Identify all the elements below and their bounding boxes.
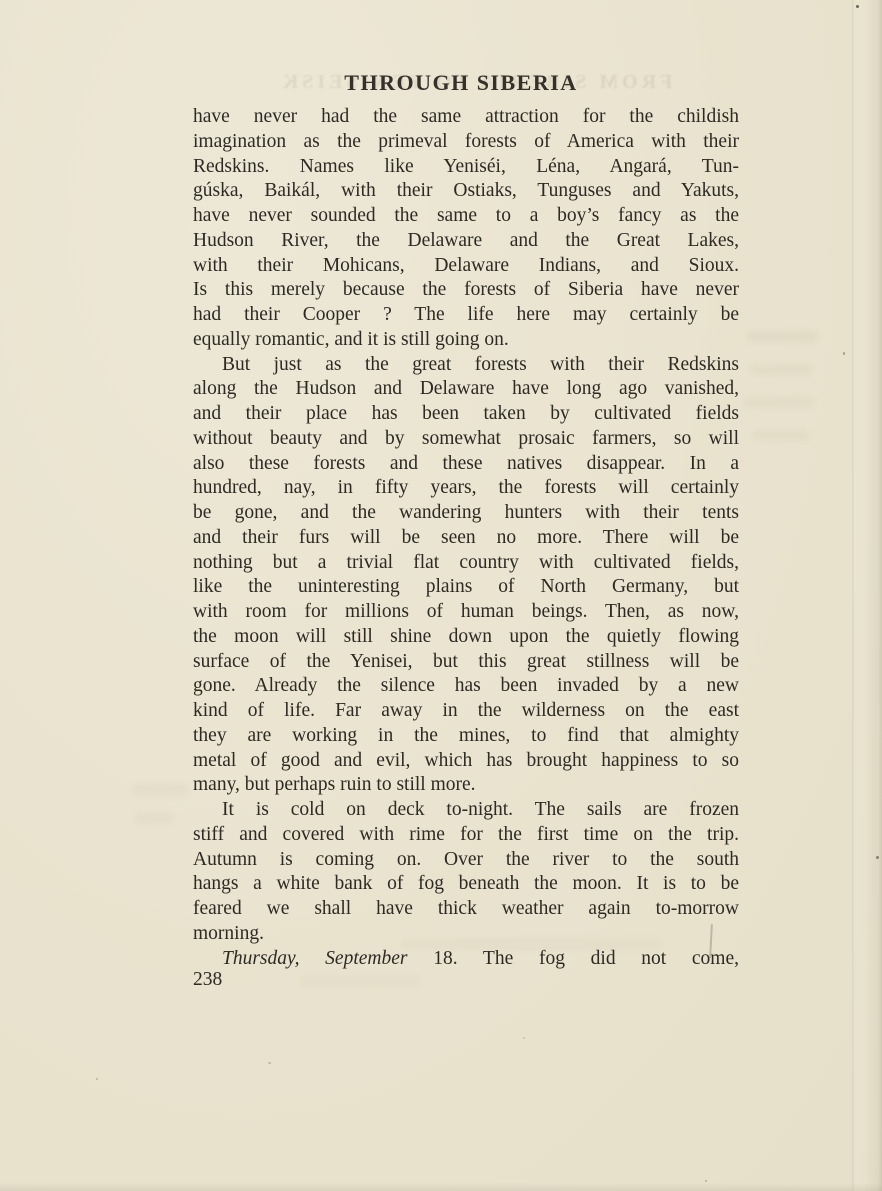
show-through-smudge xyxy=(134,812,174,824)
page-edge-shading xyxy=(852,0,882,1191)
text-line: have never had the same attraction for t… xyxy=(193,105,739,130)
roman-text: 18. The fog did not come, xyxy=(433,948,739,969)
text-line: gúska, Baikál, with their Ostiaks, Tungu… xyxy=(193,179,739,204)
text-line: and their place has been taken by cultiv… xyxy=(193,402,739,427)
text-line: and their furs will be seen no more. The… xyxy=(193,526,739,551)
text-line: the moon will still shine down upon the … xyxy=(193,625,739,650)
text-line: metal of good and evil, which has brough… xyxy=(193,749,739,774)
text-line: nothing but a trivial flat country with … xyxy=(193,551,739,576)
speck xyxy=(856,5,859,8)
text-line: be gone, and the wandering hunters with … xyxy=(193,501,739,526)
show-through-smudge xyxy=(744,397,814,408)
text-line: with room for millions of human beings. … xyxy=(193,600,739,625)
text-line: Hudson River, the Delaware and the Great… xyxy=(193,229,739,254)
speck xyxy=(843,352,845,355)
text-line: imagination as the primeval forests of A… xyxy=(193,130,739,155)
speck xyxy=(705,1180,707,1182)
text-line: It is cold on deck to-night. The sails a… xyxy=(193,798,739,823)
text-line: kind of life. Far away in the wilderness… xyxy=(193,699,739,724)
speck xyxy=(523,1037,525,1039)
page-bottom-shadow xyxy=(0,1183,882,1191)
text-line: Is this merely because the forests of Si… xyxy=(193,278,739,303)
speck xyxy=(96,1078,98,1080)
text-line: had their Cooper ? The life here may cer… xyxy=(193,303,739,328)
text-line: many, but perhaps ruin to still more. xyxy=(193,773,739,798)
body-lines: have never had the same attraction for t… xyxy=(193,105,739,971)
text-line: feared we shall have thick weather again… xyxy=(193,897,739,922)
text-line: without beauty and by somewhat prosaic f… xyxy=(193,427,739,452)
show-through-smudge xyxy=(132,784,188,796)
italic-text: Thursday, September xyxy=(222,948,433,969)
text-line: hangs a white bank of fog beneath the mo… xyxy=(193,872,739,897)
text-line: gone. Already the silence has been invad… xyxy=(193,674,739,699)
text-line: morning. xyxy=(193,922,739,947)
text-line: also these forests and these natives dis… xyxy=(193,452,739,477)
page-number: 238 xyxy=(193,968,222,993)
speck xyxy=(876,856,879,859)
text-line: Autumn is coming on. Over the river to t… xyxy=(193,848,739,873)
text-line: surface of the Yenisei, but this great s… xyxy=(193,650,739,675)
show-through-smudge xyxy=(746,331,818,342)
text-line: Thursday, September 18. The fog did not … xyxy=(193,947,739,972)
text-line: equally romantic, and it is still going … xyxy=(193,328,739,353)
show-through-smudge xyxy=(300,975,420,987)
book-page: FROM SIBERIA TO YENISEISK THROUGH SIBERI… xyxy=(0,0,882,1191)
text-line: have never sounded the same to a boy’s f… xyxy=(193,204,739,229)
show-through-smudge xyxy=(750,364,812,375)
text-line: along the Hudson and Delaware have long … xyxy=(193,377,739,402)
text-line: they are working in the mines, to find t… xyxy=(193,724,739,749)
text-line: But just as the great forests with their… xyxy=(193,353,739,378)
running-head: THROUGH SIBERIA xyxy=(188,70,734,96)
show-through-smudge xyxy=(752,430,810,441)
text-line: Redskins. Names like Yeniséi, Léna, Anga… xyxy=(193,155,739,180)
text-line: hundred, nay, in fifty years, the forest… xyxy=(193,476,739,501)
text-line: with their Mohicans, Delaware Indians, a… xyxy=(193,254,739,279)
text-line: like the uninteresting plains of North G… xyxy=(193,575,739,600)
text-line: stiff and covered with rime for the firs… xyxy=(193,823,739,848)
speck xyxy=(268,1062,271,1064)
